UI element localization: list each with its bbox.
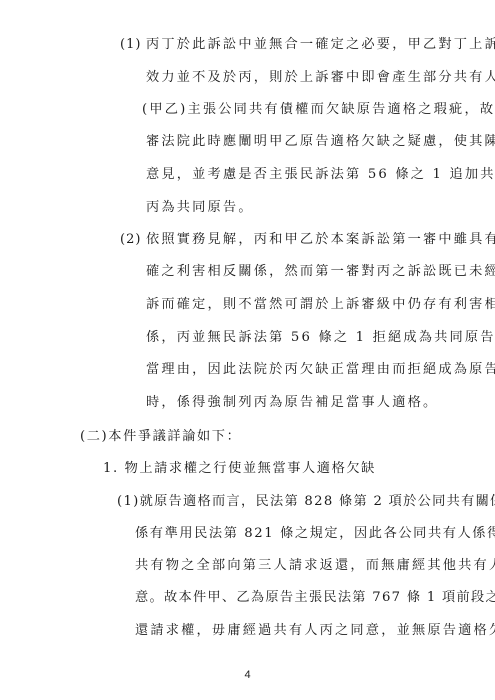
subitem-1-line-1: (1)就原告適格而言，民法第 828 條第 2 項於公同共有關係中 bbox=[117, 494, 495, 510]
subsection-1-heading: 1. 物上請求權之行使並無當事人適格欠缺 bbox=[103, 461, 376, 477]
item-1-line-6: 丙為共同原告。 bbox=[146, 200, 254, 216]
section-2-heading: (二)本件爭議詳論如下： bbox=[80, 429, 241, 445]
item-1-line-2: 效力並不及於丙，則於上訴審中即會產生部分共有人 bbox=[146, 70, 495, 86]
subitem-1-line-2: 係有準用民法第 821 條之規定，因此各公同共有人係得就 bbox=[135, 526, 495, 542]
item-2-line-6: 時，係得強制列丙為原告補足當事人適格。 bbox=[146, 395, 438, 411]
subitem-1-line-5: 還請求權，毋庸經過共有人丙之同意，並無原告適格欠缺 bbox=[135, 623, 495, 639]
item-1-marker: (1) bbox=[120, 37, 141, 53]
item-1-line-1: 丙丁於此訴訟中並無合一確定之必要，甲乙對丁上訴之 bbox=[146, 37, 495, 53]
item-2-line-5: 當理由，因此法院於丙欠缺正當理由而拒絕成為原告 bbox=[146, 362, 495, 378]
item-2-line-2: 確之利害相反關係，然而第一審對丙之訴訟既已未經上 bbox=[146, 264, 495, 280]
item-2-line-3: 訴而確定，則不當然可謂於上訴審級中仍存有利害相關 bbox=[146, 297, 495, 313]
item-2-line-4: 係，丙並無民訴法第 56 條之 1 拒絕成為共同原告之正 bbox=[146, 330, 495, 346]
item-2-marker: (2) bbox=[120, 232, 141, 248]
subitem-1-line-4: 意。故本件甲、乙為原告主張民法第 767 條 1 項前段之返 bbox=[135, 590, 495, 606]
item-1-line-3: (甲乙)主張公同共有債權而欠缺原告適格之瑕疵，故二 bbox=[142, 102, 495, 118]
page-number: 4 bbox=[0, 669, 495, 681]
item-1-line-4: 審法院此時應闡明甲乙原告適格欠缺之疑慮，使其陳述 bbox=[146, 134, 495, 150]
item-1-line-5: 意見，並考慮是否主張民訴法第 56 條之 1 追加共有人 bbox=[146, 167, 495, 183]
subitem-1-line-3: 共有物之全部向第三人請求返還，而無庸經其他共有人同 bbox=[135, 558, 495, 574]
item-2-line-1: 依照實務見解，丙和甲乙於本案訴訟第一審中雖具有明 bbox=[146, 232, 495, 248]
